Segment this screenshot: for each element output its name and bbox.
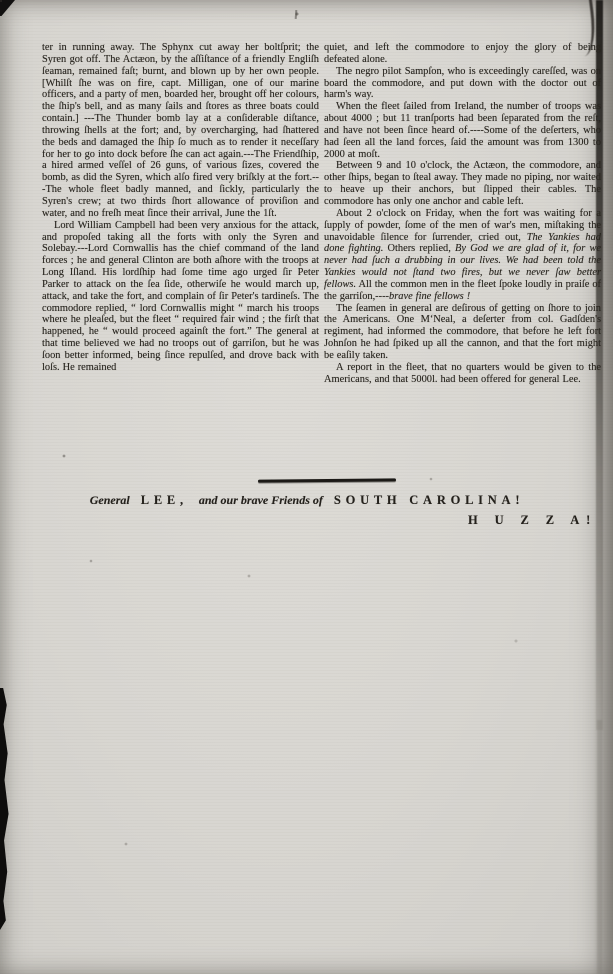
paragraph: A report in the fleet, that no quarters … [324, 362, 601, 386]
paragraph: When the fleet ſailed from Ireland, the … [324, 101, 601, 160]
text-segment: Between 9 and 10 o'clock, the Actæon, th… [324, 160, 601, 207]
paragraph: Lord William Campbell had been very anxi… [42, 220, 319, 374]
scanned-newspaper-page: ter in running away. The Sphynx cut away… [0, 0, 613, 974]
banner-caps-south-carolina: SOUTH CAROLINA! [334, 493, 524, 507]
text-segment: quiet, and left the commodore to enjoy t… [324, 42, 601, 65]
text-segment: Others replied, [383, 243, 455, 254]
banner-word-general: General [90, 493, 130, 507]
text-segment: When the fleet ſailed from Ireland, the … [324, 101, 601, 159]
banner-toast-line: General LEE, and our brave Friends of SO… [42, 491, 571, 509]
paragraph-continued: quiet, and left the commodore to enjoy t… [324, 42, 601, 66]
text-segment: The ſeamen in general are deſirous of ge… [324, 303, 601, 361]
huzza-cheer: H U Z Z A! [468, 513, 597, 528]
ink-speckles [0, 0, 2, 2]
quoted-speech: brave fine fellows ! [389, 291, 470, 302]
paragraph: The ſeamen in general are deſirous of ge… [324, 303, 601, 362]
text-segment: A report in the fleet, that no quarters … [324, 362, 601, 385]
paragraph: About 2 o'clock on Friday, when the fort… [324, 208, 601, 303]
paragraph-continued: ter in running away. The Sphynx cut away… [42, 42, 319, 220]
banner-middle-text: and our brave Friends of [199, 493, 323, 507]
banner-caps-lee: LEE, [141, 493, 188, 507]
left-column: ter in running away. The Sphynx cut away… [42, 42, 319, 374]
paragraph: Between 9 and 10 o'clock, the Actæon, th… [324, 160, 601, 207]
paragraph: The negro pilot Sampſon, who is exceedin… [324, 66, 601, 102]
text-segment: ter in running away. The Sphynx cut away… [42, 42, 319, 219]
text-segment: The negro pilot Sampſon, who is exceedin… [324, 66, 601, 101]
right-column: quiet, and left the commodore to enjoy t… [324, 42, 601, 385]
binding-gutter-line-lower [597, 720, 602, 974]
text-segment: Lord William Campbell had been very anxi… [42, 220, 319, 373]
